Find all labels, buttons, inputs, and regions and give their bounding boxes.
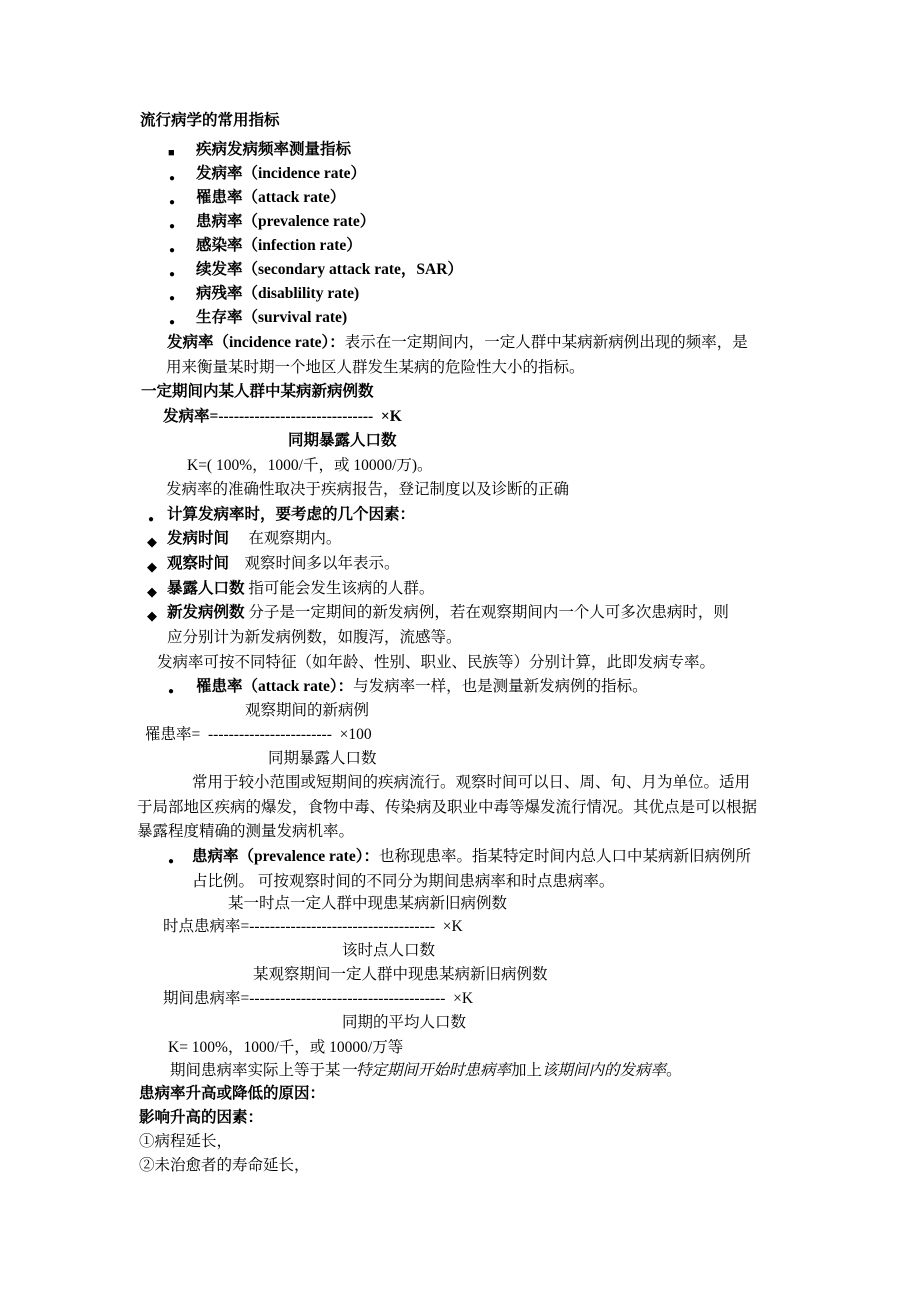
line-text: 患病率（prevalence rate）：也称现患率。指某特定时间内总人口中某病…	[192, 846, 751, 867]
line-text: 时点患病率=----------------------------------…	[163, 916, 463, 937]
line-text: 发病率的准确性取决于疾病报告，登记制度以及诊断的正确	[166, 479, 569, 500]
line-text: 同期的平均人口数	[342, 1012, 466, 1033]
line-text: K= 100%，1000/千，或 10000/万等	[168, 1037, 403, 1058]
line-text: 影响升高的因素：	[139, 1107, 263, 1128]
line-text: 患病率（prevalence rate）	[196, 211, 375, 232]
line-text: 暴露程度精确的测量发病机率。	[137, 821, 354, 842]
document-body: 流行病学的常用指标■疾病发病频率测量指标●发病率（incidence rate）…	[0, 0, 920, 1302]
circle-bullet-icon: ●	[169, 168, 175, 189]
line-text: 一定期间内某人群中某病新病例数	[141, 381, 374, 402]
line-text: 观察期间的新病例	[245, 700, 369, 721]
line-text: 续发率（secondary attack rate，SAR）	[196, 259, 463, 280]
line-text: 计算发病率时，要考虑的几个因素：	[167, 504, 415, 525]
line-text: 生存率（survival rate)	[196, 307, 347, 328]
diamond-bullet-icon: ◆	[147, 531, 157, 552]
line-text: ①病程延长，	[139, 1131, 232, 1152]
circle-bullet-icon: ●	[169, 192, 175, 213]
diamond-bullet-icon: ◆	[147, 581, 157, 602]
line-text: 发病率（incidence rate）：表示在一定期间内，一定人群中某病新病例出…	[167, 332, 748, 353]
line-text: 流行病学的常用指标	[140, 110, 280, 131]
line-text: 用来衡量某时期一个地区人群发生某病的危险性大小的指标。	[166, 357, 585, 378]
line-text: 应分别计为新发病例数，如腹泻，流感等。	[167, 627, 462, 648]
line-text: 观察时间 观察时间多以年表示。	[167, 553, 400, 574]
line-text: 发病率可按不同特征（如年龄、性别、职业、民族等）分别计算，此即发病专率。	[157, 652, 715, 673]
circle-bullet-icon: ●	[148, 509, 154, 530]
line-text: 罹患率= ------------------------ ×100	[145, 724, 372, 745]
line-text: 某观察期间一定人群中现患某病新旧病例数	[253, 964, 548, 985]
line-text: 患病率升高或降低的原因：	[139, 1083, 325, 1104]
line-text: 常用于较小范围或短期间的疾病流行。观察时间可以日、周、旬、月为单位。适用	[192, 772, 750, 793]
line-text: 同期暴露人口数	[268, 748, 377, 769]
line-text: K=( 100%，1000/千，或 10000/万)。	[187, 455, 433, 476]
line-text: 发病率（incidence rate）	[196, 163, 366, 184]
circle-bullet-icon: ●	[169, 288, 175, 309]
diamond-bullet-icon: ◆	[147, 556, 157, 577]
line-text: 病残率（disablility rate)	[196, 283, 359, 304]
circle-bullet-icon: ●	[168, 851, 174, 872]
line-text: 同期暴露人口数	[288, 430, 397, 451]
line-text: ②未治愈者的寿命延长，	[139, 1155, 310, 1176]
line-text: 疾病发病频率测量指标	[196, 139, 351, 160]
line-text: 新发病例数 分子是一定期间的新发病例，若在观察期间内一个人可多次患病时，则	[167, 602, 729, 623]
line-text: 占比例。 可按观察时间的不同分为期间患病率和时点患病率。	[192, 871, 614, 892]
line-text: 发病率=------------------------------ ×K	[163, 406, 402, 427]
circle-bullet-icon: ●	[169, 264, 175, 285]
line-text: 罹患率（attack rate）	[196, 187, 345, 208]
line-text: 发病时间 在观察期内。	[167, 528, 341, 549]
line-text: 期间患病率=----------------------------------…	[163, 988, 473, 1009]
line-text: 某一时点一定人群中现患某病新旧病例数	[228, 893, 507, 914]
circle-bullet-icon: ●	[168, 681, 174, 702]
line-text: 期间患病率实际上等于某一特定期间开始时患病率加上该期间内的发病率。	[170, 1060, 682, 1081]
document-page: { "page": { "background": "#ffffff", "te…	[0, 0, 920, 1302]
line-text: 于局部地区疾病的爆发，食物中毒、传染病及职业中毒等爆发流行情况。其优点是可以根据	[137, 797, 757, 818]
line-text: 暴露人口数 指可能会发生该病的人群。	[167, 578, 434, 599]
circle-bullet-icon: ●	[169, 312, 175, 333]
line-text: 该时点人口数	[342, 940, 435, 961]
circle-bullet-icon: ●	[169, 216, 175, 237]
diamond-bullet-icon: ◆	[147, 605, 157, 626]
circle-bullet-icon: ●	[169, 240, 175, 261]
line-text: 罹患率（attack rate）：与发病率一样，也是测量新发病例的指标。	[196, 676, 648, 697]
line-text: 感染率（infection rate）	[196, 235, 362, 256]
square-bullet-icon: ■	[168, 143, 175, 164]
